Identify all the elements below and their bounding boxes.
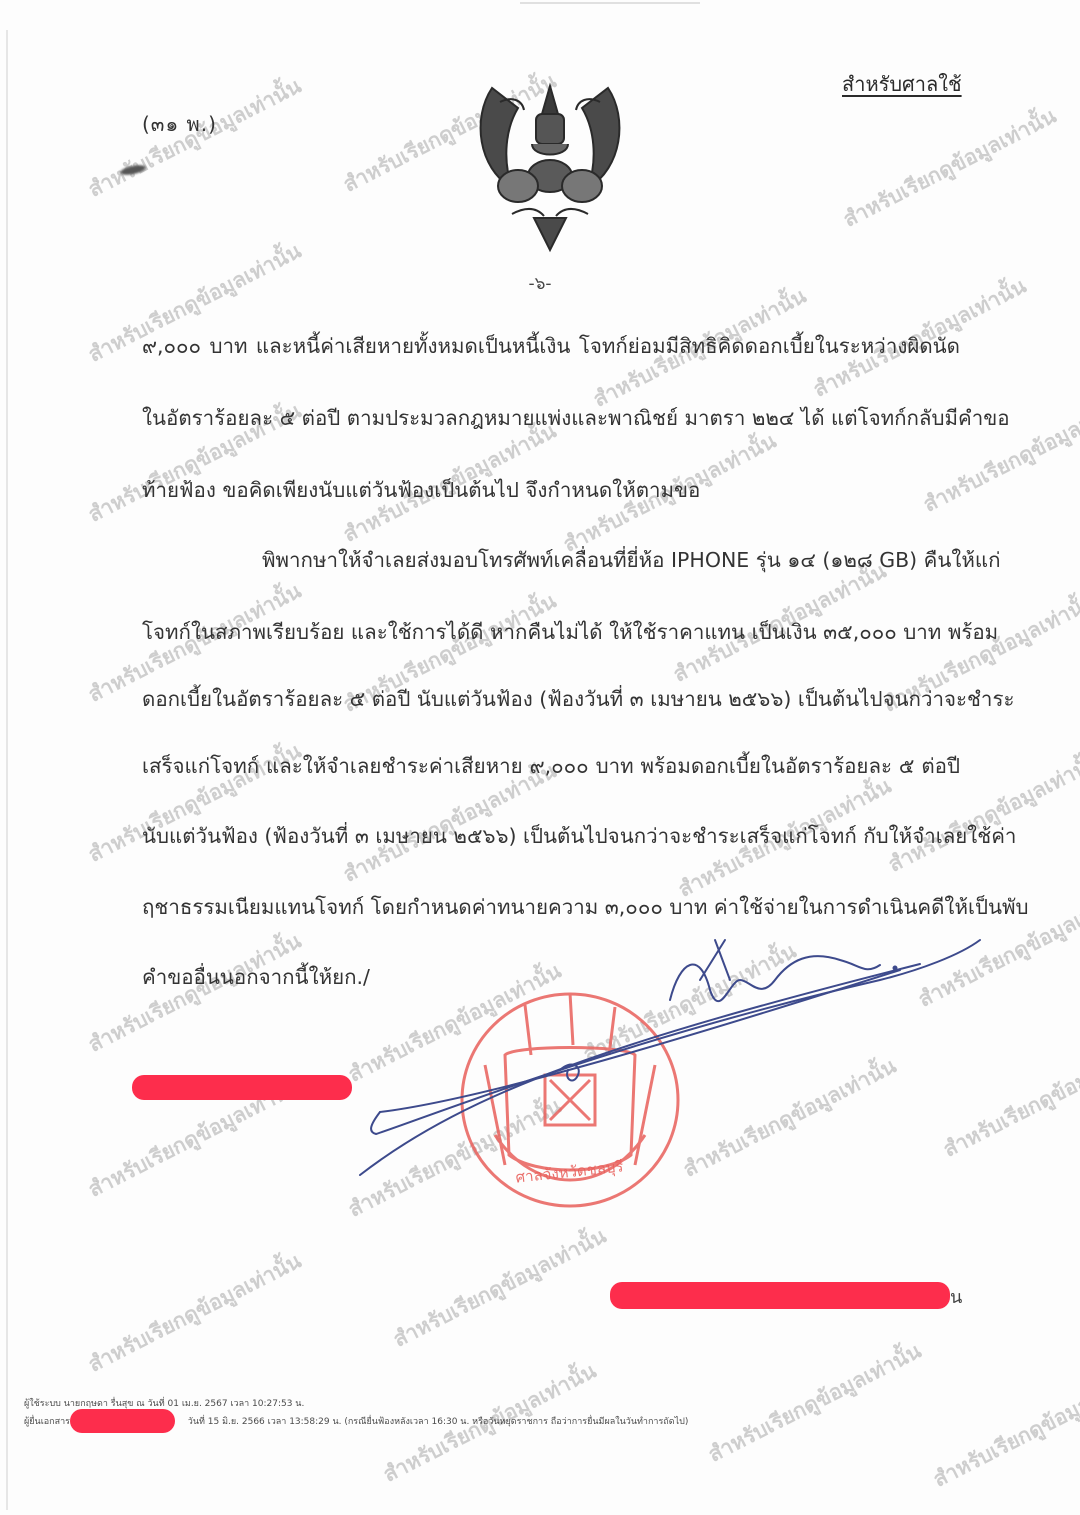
judge-line-suffix: น bbox=[950, 1282, 962, 1311]
judge-signature-icon bbox=[320, 920, 1020, 1200]
footer-filer-prefix: ผู้ยื่นเอกสาร bbox=[24, 1417, 70, 1427]
ink-smudge bbox=[119, 163, 146, 176]
body-line: นับแต่วันฟ้อง (ฟ้องวันที่ ๓ เมษายน ๒๕๖๖)… bbox=[142, 822, 960, 850]
watermark: สำหรับเรียกดูข้อมูลเท่านั้น bbox=[83, 1245, 308, 1381]
footer-filer-suffix: วันที่ 15 มิ.ย. 2566 เวลา 13:58:29 น. (ก… bbox=[188, 1417, 689, 1427]
scan-edge bbox=[6, 30, 8, 1510]
watermark: สำหรับเรียกดูข้อมูลเท่านั้น bbox=[838, 100, 1063, 236]
page-number: -๖- bbox=[0, 270, 1080, 297]
body-line: เสร็จแก่โจทก์ และให้จำเลยชำระค่าเสียหาย … bbox=[142, 752, 960, 780]
body-line: ท้ายฟ้อง ขอคิดเพียงนับแต่วันฟ้องเป็นต้นไ… bbox=[142, 476, 960, 504]
footer-user-line: ผู้ใช้ระบบ นายกฤษดา รื่นสุข ณ วันที่ 01 … bbox=[24, 1396, 304, 1410]
watermark: สำหรับเรียกดูข้อมูลเท่านั้น bbox=[703, 1335, 928, 1471]
watermark: สำหรับเรียกดูข้อมูลเท่านั้น bbox=[388, 1220, 613, 1356]
footer-filer-line: ผู้ยื่นเอกสาร วันที่ 15 มิ.ย. 2566 เวลา … bbox=[24, 1414, 688, 1428]
court-use-label: สำหรับศาลใช้ bbox=[842, 68, 962, 100]
redacted-judge-name bbox=[610, 1282, 950, 1309]
watermark: สำหรับเรียกดูข้อมูลเท่านั้น bbox=[83, 925, 308, 1061]
redacted-name bbox=[132, 1075, 352, 1100]
watermark: สำหรับเรียกดูข้อมูลเท่านั้น bbox=[928, 1360, 1080, 1496]
body-line: ๙,๐๐๐ บาท และหนี้ค่าเสียหายทั้งหมดเป็นหน… bbox=[142, 332, 960, 360]
case-form-code: (๓๑ พ.) bbox=[142, 108, 217, 140]
body-line: ดอกเบี้ยในอัตราร้อยละ ๕ ต่อปี นับแต่วันฟ… bbox=[142, 685, 960, 713]
body-line: ฤชาธรรมเนียมแทนโจทก์ โดยกำหนดค่าทนายความ… bbox=[142, 893, 960, 921]
body-line: โจทก์ในสภาพเรียบร้อย และใช้การได้ดี หากค… bbox=[142, 618, 960, 646]
scan-artifact bbox=[520, 2, 700, 4]
garuda-emblem-icon bbox=[472, 78, 628, 254]
body-line: ในอัตราร้อยละ ๕ ต่อปี ตามประมวลกฎหมายแพ่… bbox=[142, 404, 960, 432]
court-document-page: สำหรับเรียกดูข้อมูลเท่านั้น สำหรับเรียกด… bbox=[0, 0, 1080, 1515]
body-line: พิพากษาให้จำเลยส่งมอบโทรศัพท์เคลื่อนที่ย… bbox=[142, 546, 960, 574]
